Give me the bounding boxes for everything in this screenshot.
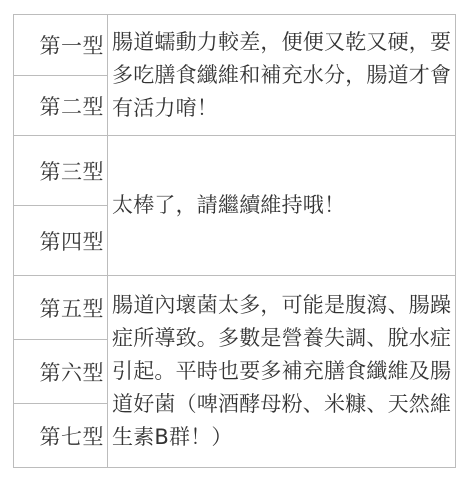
type-6-cell: 第六型 xyxy=(14,340,108,404)
description-line: 太棒了，請繼續維持哦！ xyxy=(112,189,453,222)
description-line: 道好菌（啤酒酵母粉、米糠、天然維 xyxy=(112,388,453,421)
stool-type-advice-table: 第一型 腸道蠕動力較差，便便又乾又硬，要 多吃膳食纖維和補充水分，腸道才會 有活… xyxy=(13,14,456,468)
description-line: 有活力唷！ xyxy=(112,92,453,125)
description-line: 症所導致。多數是營養失調、脫水症 xyxy=(112,322,453,355)
table-row: 第五型 腸道內壞菌太多，可能是腹瀉、腸躁 症所導致。多數是營養失調、脫水症 引起… xyxy=(14,276,456,340)
type-3-cell: 第三型 xyxy=(14,136,108,206)
description-line: 生素B群！） xyxy=(112,421,453,454)
description-cell-types-3-4: 太棒了，請繼續維持哦！ xyxy=(108,136,456,276)
type-7-cell: 第七型 xyxy=(14,404,108,468)
table-row: 第三型 太棒了，請繼續維持哦！ xyxy=(14,136,456,206)
type-2-cell: 第二型 xyxy=(14,76,108,136)
type-5-cell: 第五型 xyxy=(14,276,108,340)
table-row: 第一型 腸道蠕動力較差，便便又乾又硬，要 多吃膳食纖維和補充水分，腸道才會 有活… xyxy=(14,15,456,76)
description-cell-types-1-2: 腸道蠕動力較差，便便又乾又硬，要 多吃膳食纖維和補充水分，腸道才會 有活力唷！ xyxy=(108,15,456,136)
type-4-cell: 第四型 xyxy=(14,206,108,276)
description-cell-types-5-7: 腸道內壞菌太多，可能是腹瀉、腸躁 症所導致。多數是營養失調、脫水症 引起。平時也… xyxy=(108,276,456,468)
description-line: 腸道蠕動力較差，便便又乾又硬，要 xyxy=(112,26,453,59)
description-line: 多吃膳食纖維和補充水分，腸道才會 xyxy=(112,59,453,92)
page-background: 第一型 腸道蠕動力較差，便便又乾又硬，要 多吃膳食纖維和補充水分，腸道才會 有活… xyxy=(0,0,459,486)
description-line: 引起。平時也要多補充膳食纖維及腸 xyxy=(112,355,453,388)
description-line: 腸道內壞菌太多，可能是腹瀉、腸躁 xyxy=(112,289,453,322)
type-1-cell: 第一型 xyxy=(14,15,108,76)
